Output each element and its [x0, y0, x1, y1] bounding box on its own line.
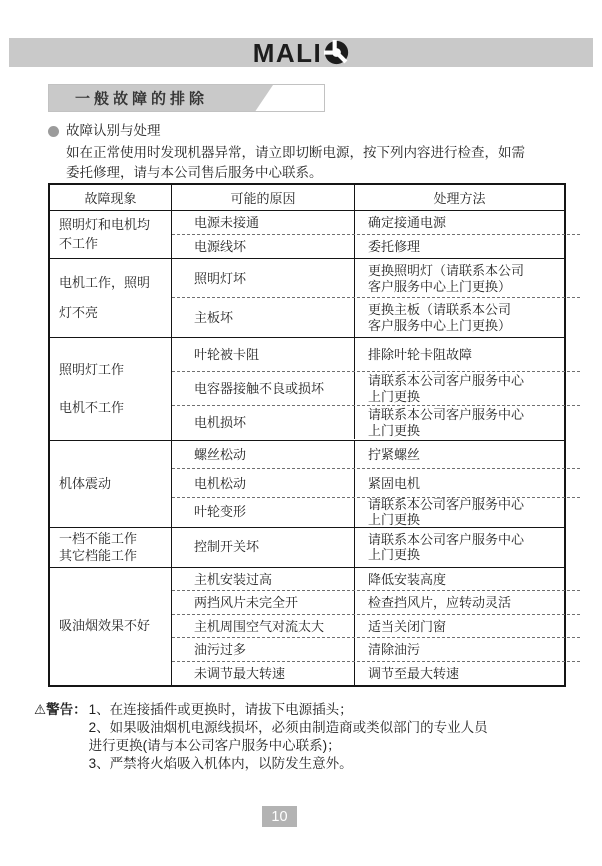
cause-cell: 电机松动 — [172, 469, 355, 498]
subrows: 电源未接通确定接通电源电源线坏委托修理 — [172, 211, 564, 258]
phenomenon-line: 电机不工作 — [59, 400, 167, 416]
table-row: 电容器接触不良或损坏请联系本公司客户服务中心 上门更换 — [172, 372, 564, 406]
page-number-badge: 10 — [262, 806, 297, 827]
cause-cell: 主板坏 — [172, 298, 355, 337]
table-row: 叶轮被卡阻排除叶轮卡阻故障 — [172, 338, 564, 372]
cause-cell: 电容器接触不良或损坏 — [172, 372, 355, 406]
cause-cell: 叶轮被卡阻 — [172, 338, 355, 372]
intro-text: 如在正常使用时发现机器异常，请立即切断电源，按下列内容进行检查，如需 委托修理，… — [66, 143, 570, 183]
table-row: 主机周围空气对流太大适当关闭门窗 — [172, 615, 564, 639]
subrows: 螺丝松动拧紧螺丝电机松动紧固电机叶轮变形请联系本公司客户服务中心 上门更换 — [172, 441, 564, 527]
header-remedy: 处理方法 — [355, 185, 564, 210]
remedy-cell: 紧固电机 — [355, 469, 564, 498]
cause-cell: 主机安装过高 — [172, 568, 355, 592]
table-row: 电机损坏请联系本公司客户服务中心 上门更换 — [172, 406, 564, 440]
table-group: 一档不能工作其它档能工作控制开关坏请联系本公司客户服务中心 上门更换 — [50, 528, 564, 568]
brand-logo: MALI — [253, 40, 350, 66]
section-title: 一般故障的排除 — [75, 88, 208, 109]
logo-text: MALI — [253, 40, 323, 66]
remedy-cell: 请联系本公司客户服务中心 上门更换 — [355, 406, 564, 440]
cause-cell: 电机损坏 — [172, 406, 355, 440]
phenomenon-cell: 吸油烟效果不好 — [50, 568, 172, 686]
section-title-box: 一般故障的排除 — [48, 84, 325, 112]
warning-items: 1、在连接插件或更换时，请拔下电源插头；2、如果吸油烟机电源线损坏，必须由制造商… — [89, 701, 488, 773]
phenomenon-line: 灯不亮 — [59, 305, 167, 321]
table-row: 未调节最大转速调节至最大转速 — [172, 662, 564, 686]
cause-cell: 螺丝松动 — [172, 441, 355, 470]
subrows: 主机安装过高降低安装高度两挡风片未完全开检查挡风片，应转动灵活主机周围空气对流太… — [172, 568, 564, 686]
cause-cell: 控制开关坏 — [172, 528, 355, 567]
phenomenon-line: 吸油烟效果不好 — [59, 618, 167, 634]
bullet-circle-icon — [48, 126, 59, 137]
table-row: 控制开关坏请联系本公司客户服务中心 上门更换 — [172, 528, 564, 567]
phenomenon-cell: 照明灯和电机均不工作 — [50, 211, 172, 258]
table-group: 吸油烟效果不好主机安装过高降低安装高度两挡风片未完全开检查挡风片，应转动灵活主机… — [50, 568, 564, 686]
warning-item: 2、如果吸油烟机电源线损坏，必须由制造商或类似部门的专业人员 进行更换(请与本公… — [89, 719, 488, 755]
remedy-cell: 排除叶轮卡阻故障 — [355, 338, 564, 372]
cause-cell: 电源线坏 — [172, 235, 355, 259]
table-row: 电机松动紧固电机 — [172, 469, 564, 498]
table-row: 螺丝松动拧紧螺丝 — [172, 441, 564, 470]
table-group: 照明灯和电机均不工作电源未接通确定接通电源电源线坏委托修理 — [50, 211, 564, 259]
phenomenon-line: 不工作 — [59, 236, 167, 252]
phenomenon-line: 一档不能工作 — [59, 531, 167, 547]
phenomenon-line: 电机工作，照明 — [59, 275, 167, 291]
malio-ring-icon — [322, 40, 349, 65]
table-row: 两挡风片未完全开检查挡风片，应转动灵活 — [172, 591, 564, 615]
table-group: 机体震动螺丝松动拧紧螺丝电机松动紧固电机叶轮变形请联系本公司客户服务中心 上门更… — [50, 441, 564, 528]
warning-block: ⚠警告： 1、在连接插件或更换时，请拔下电源插头；2、如果吸油烟机电源线损坏，必… — [34, 701, 602, 773]
subrows: 控制开关坏请联系本公司客户服务中心 上门更换 — [172, 528, 564, 567]
cause-cell: 照明灯坏 — [172, 259, 355, 298]
cause-cell: 两挡风片未完全开 — [172, 591, 355, 615]
table-group: 电机工作，照明灯不亮照明灯坏更换照明灯（请联系本公司 客户服务中心上门更换）主板… — [50, 259, 564, 338]
warning-triangle-icon: ⚠ — [34, 702, 46, 717]
table-group: 照明灯工作电机不工作叶轮被卡阻排除叶轮卡阻故障电容器接触不良或损坏请联系本公司客… — [50, 338, 564, 441]
warning-item: 3、严禁将火焰吸入机体内，以防发生意外。 — [89, 755, 488, 773]
phenomenon-line: 照明灯和电机均 — [59, 217, 167, 233]
warning-label: ⚠警告： — [34, 701, 87, 773]
remedy-cell: 清除油污 — [355, 638, 564, 662]
remedy-cell: 更换照明灯（请联系本公司 客户服务中心上门更换） — [355, 259, 564, 298]
phenomenon-cell: 照明灯工作电机不工作 — [50, 338, 172, 440]
remedy-cell: 确定接通电源 — [355, 211, 564, 235]
phenomenon-line: 其它档能工作 — [59, 548, 167, 564]
remedy-cell: 委托修理 — [355, 235, 564, 259]
phenomenon-cell: 电机工作，照明灯不亮 — [50, 259, 172, 337]
phenomenon-cell: 机体震动 — [50, 441, 172, 527]
phenomenon-line: 照明灯工作 — [59, 362, 167, 378]
remedy-cell: 降低安装高度 — [355, 568, 564, 592]
table-row: 电源未接通确定接通电源 — [172, 211, 564, 235]
remedy-cell: 请联系本公司客户服务中心 上门更换 — [355, 528, 564, 567]
cause-cell: 电源未接通 — [172, 211, 355, 235]
page-number: 10 — [271, 809, 287, 825]
table-header-row: 故障现象 可能的原因 处理方法 — [50, 185, 564, 211]
subrows: 叶轮被卡阻排除叶轮卡阻故障电容器接触不良或损坏请联系本公司客户服务中心 上门更换… — [172, 338, 564, 440]
remedy-cell: 调节至最大转速 — [355, 662, 564, 686]
intro-heading: 故障认别与处理 — [66, 123, 161, 139]
fault-table: 故障现象 可能的原因 处理方法 照明灯和电机均不工作电源未接通确定接通电源电源线… — [48, 183, 566, 687]
warning-label-text: 警告： — [46, 702, 87, 717]
remedy-cell: 更换主板（请联系本公司 客户服务中心上门更换） — [355, 298, 564, 337]
remedy-cell: 适当关闭门窗 — [355, 615, 564, 639]
title-diagonal-decoration — [255, 85, 325, 111]
remedy-cell: 检查挡风片，应转动灵活 — [355, 591, 564, 615]
header-cause: 可能的原因 — [172, 185, 355, 210]
phenomenon-line: 机体震动 — [59, 476, 167, 492]
table-row: 叶轮变形请联系本公司客户服务中心 上门更换 — [172, 498, 564, 527]
fault-table-body: 照明灯和电机均不工作电源未接通确定接通电源电源线坏委托修理电机工作，照明灯不亮照… — [50, 211, 564, 685]
cause-cell: 油污过多 — [172, 638, 355, 662]
subrows: 照明灯坏更换照明灯（请联系本公司 客户服务中心上门更换）主板坏更换主板（请联系本… — [172, 259, 564, 337]
cause-cell: 主机周围空气对流太大 — [172, 615, 355, 639]
remedy-cell: 请联系本公司客户服务中心 上门更换 — [355, 372, 564, 406]
table-row: 电源线坏委托修理 — [172, 235, 564, 259]
table-row: 主板坏更换主板（请联系本公司 客户服务中心上门更换） — [172, 298, 564, 337]
header-phenomenon: 故障现象 — [50, 185, 172, 210]
cause-cell: 叶轮变形 — [172, 498, 355, 527]
remedy-cell: 拧紧螺丝 — [355, 441, 564, 470]
intro-block: 故障认别与处理 如在正常使用时发现机器异常，请立即切断电源，按下列内容进行检查，… — [48, 123, 570, 183]
warning-item: 1、在连接插件或更换时，请拔下电源插头； — [89, 701, 488, 719]
remedy-cell: 请联系本公司客户服务中心 上门更换 — [355, 498, 564, 527]
cause-cell: 未调节最大转速 — [172, 662, 355, 686]
table-row: 照明灯坏更换照明灯（请联系本公司 客户服务中心上门更换） — [172, 259, 564, 298]
brand-banner: MALI — [9, 38, 593, 67]
table-row: 主机安装过高降低安装高度 — [172, 568, 564, 592]
table-row: 油污过多清除油污 — [172, 638, 564, 662]
phenomenon-cell: 一档不能工作其它档能工作 — [50, 528, 172, 567]
